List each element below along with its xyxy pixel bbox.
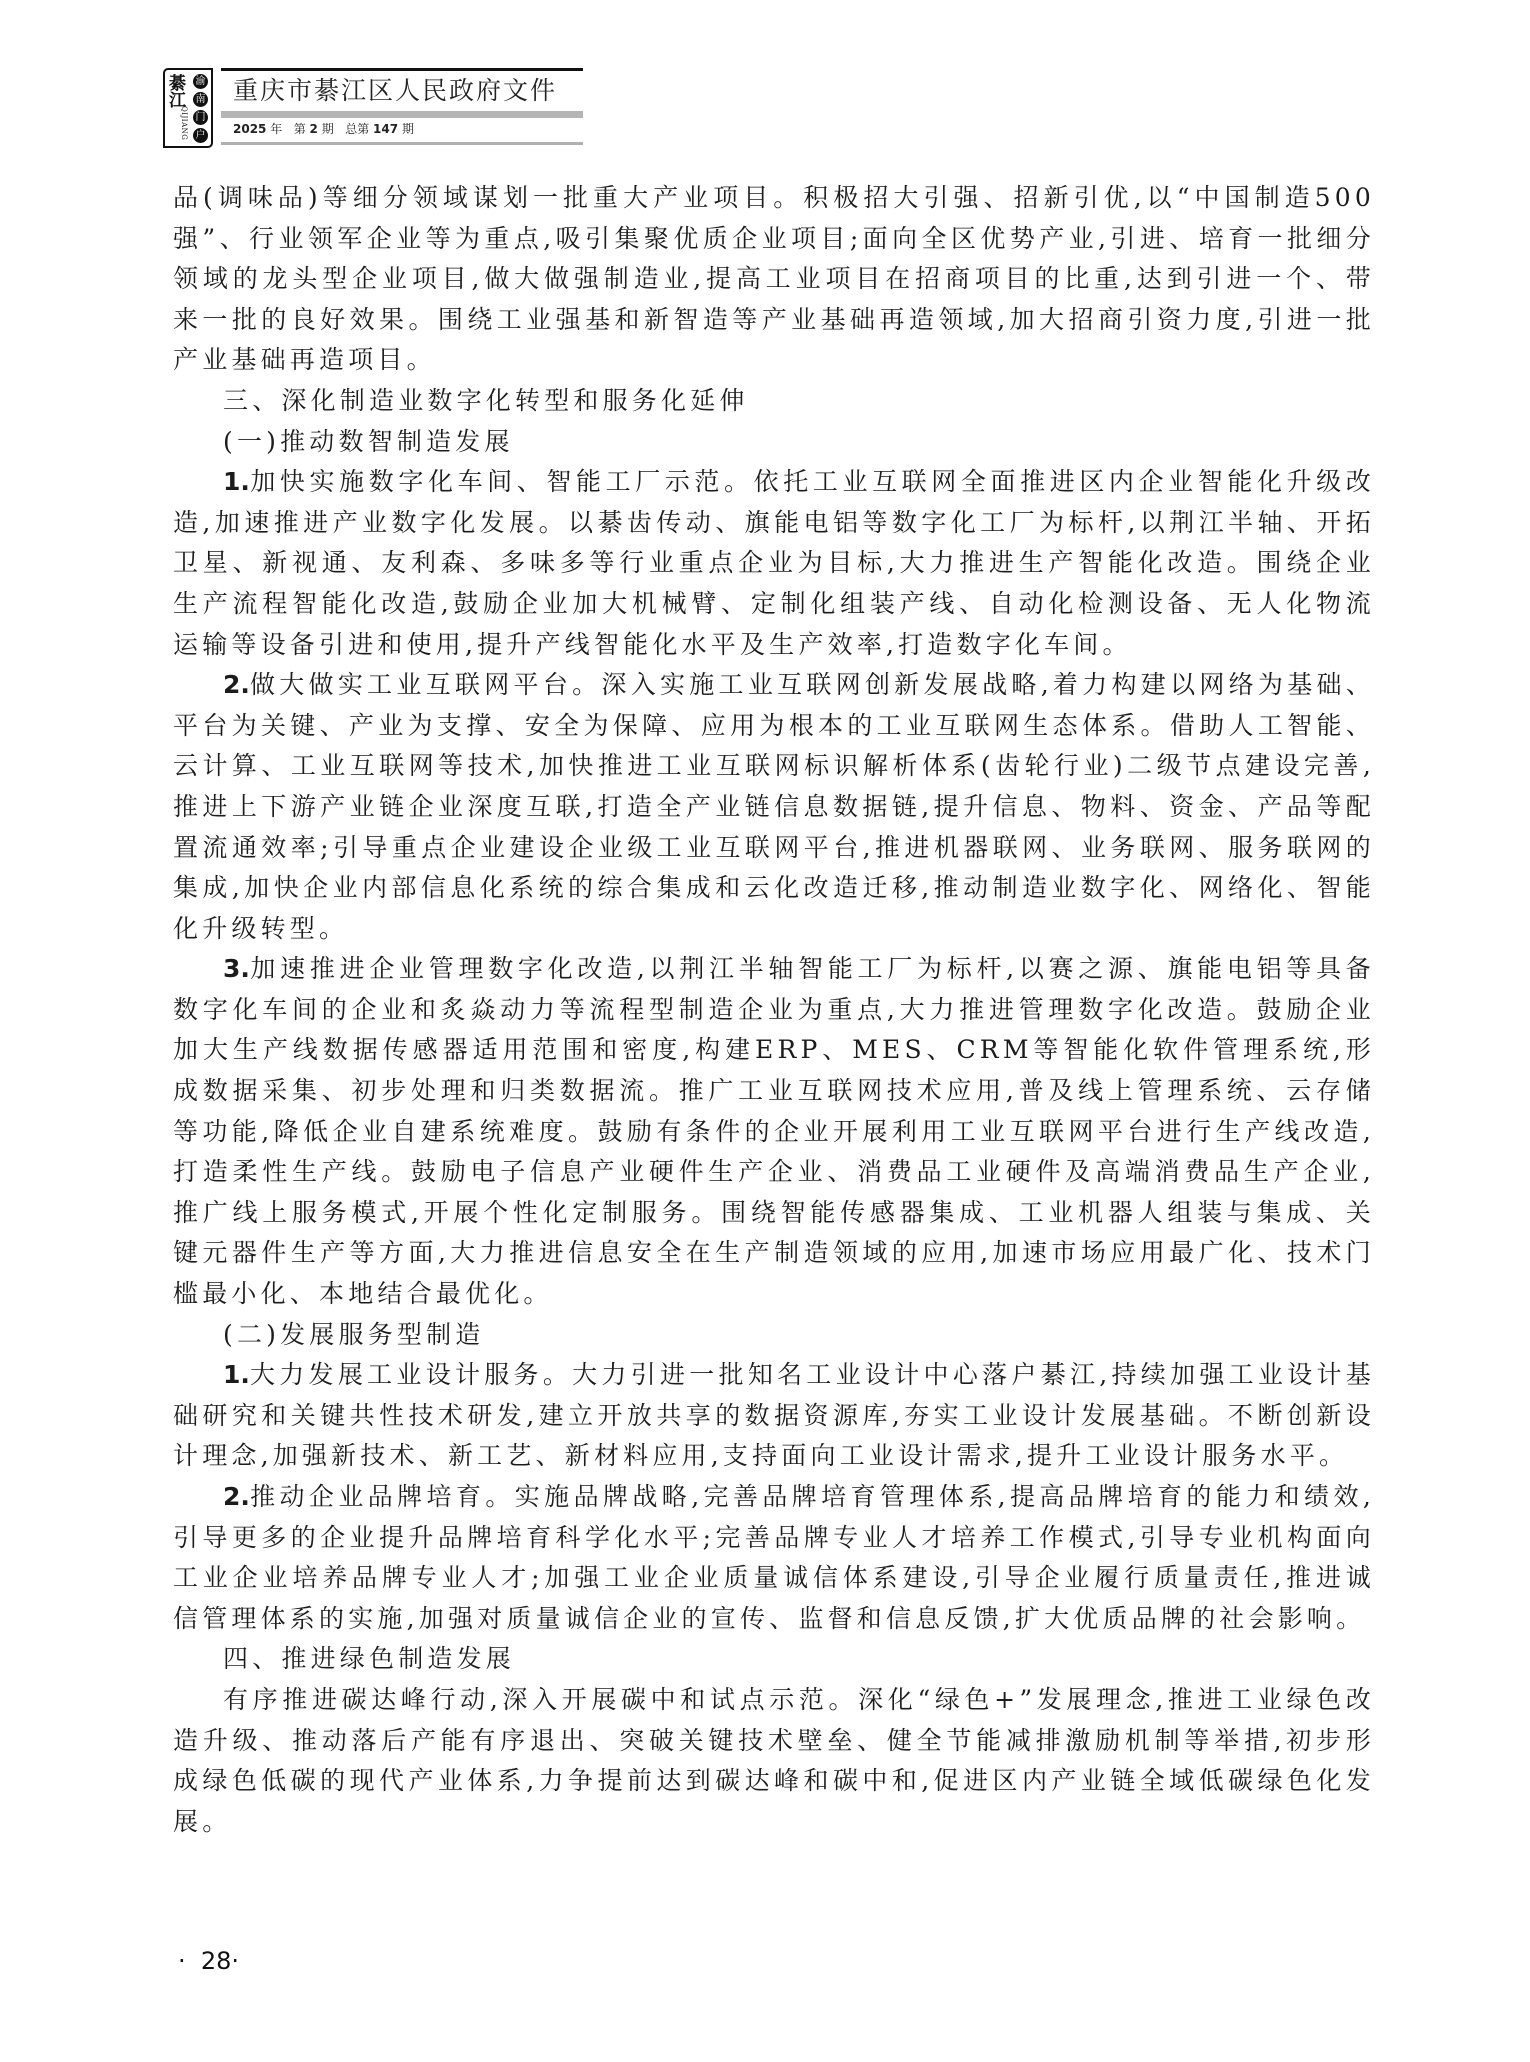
seal-icon: 南 [193, 92, 208, 107]
seal-icon: 渝 [193, 74, 208, 89]
item-number: 2. [223, 1482, 250, 1511]
item-number: 1. [223, 467, 250, 496]
paragraph-item: 1.加快实施数字化车间、智能工厂示范。依托工业互联网全面推进区内企业智能化升级改… [173, 462, 1375, 665]
document-body: 品(调味品)等细分领域谋划一批重大产业项目。积极招大引强、招新引优,以“中国制造… [173, 178, 1375, 1842]
issue-prefix: 第 [294, 122, 306, 136]
seal-icon: 户 [193, 128, 208, 143]
paragraph-continuation: 品(调味品)等细分领域谋划一批重大产业项目。积极招大引强、招新引优,以“中国制造… [173, 178, 1375, 381]
publication-title: 重庆市綦江区人民政府文件 [233, 74, 557, 108]
paragraph-item: 3.加速推进企业管理数字化改造,以荆江半轴智能工厂为标杆,以赛之源、旗能电铝等具… [173, 949, 1375, 1314]
header-top-rule [221, 68, 583, 71]
paragraph-item: 2.做大做实工业互联网平台。深入实施工业互联网创新发展战略,着力构建以网络为基础… [173, 665, 1375, 949]
issue-unit: 期 [322, 122, 334, 136]
item-number: 3. [223, 954, 250, 983]
paragraph-plain: 有序推进碳达峰行动,深入开展碳中和试点示范。深化“绿色+”发展理念,推进工业绿色… [173, 1680, 1375, 1842]
issue-number: 2 [310, 122, 318, 136]
logo-seal-column: 渝 南 门 户 [193, 74, 208, 143]
issue-year-unit: 年 [270, 122, 282, 136]
logo-sub-text: QIJIANG [180, 106, 188, 140]
issue-info: 2025 年 第 2 期 总第 147 期 [233, 120, 414, 138]
section-heading-4: 四、推进绿色制造发展 [173, 1639, 1375, 1680]
section-heading-3: 三、深化制造业数字化转型和服务化延伸 [173, 381, 1375, 422]
item-number: 1. [223, 1360, 250, 1389]
total-number: 147 [373, 122, 398, 136]
subsection-heading-2: (二)发展服务型制造 [173, 1315, 1375, 1356]
header-middle-rule [221, 111, 583, 118]
qijiang-logo: 綦江 QIJIANG 渝 南 门 户 [163, 68, 213, 148]
header-bottom-rule [221, 142, 583, 145]
total-prefix: 总第 [345, 122, 369, 136]
page-number: · 28· [178, 1947, 239, 1975]
paragraph-item: 2.推动企业品牌培育。实施品牌战略,完善品牌培育管理体系,提高品牌培育的能力和绩… [173, 1477, 1375, 1639]
document-header: 綦江 QIJIANG 渝 南 门 户 重庆市綦江区人民政府文件 2025 年 第… [163, 68, 583, 150]
issue-year: 2025 [233, 122, 266, 136]
seal-icon: 门 [193, 110, 208, 125]
total-unit: 期 [402, 122, 414, 136]
subsection-heading-1: (一)推动数智制造发展 [173, 422, 1375, 463]
paragraph-item: 1.大力发展工业设计服务。大力引进一批知名工业设计中心落户綦江,持续加强工业设计… [173, 1355, 1375, 1477]
logo-main-text: 綦江 [168, 74, 186, 108]
item-number: 2. [223, 670, 250, 699]
